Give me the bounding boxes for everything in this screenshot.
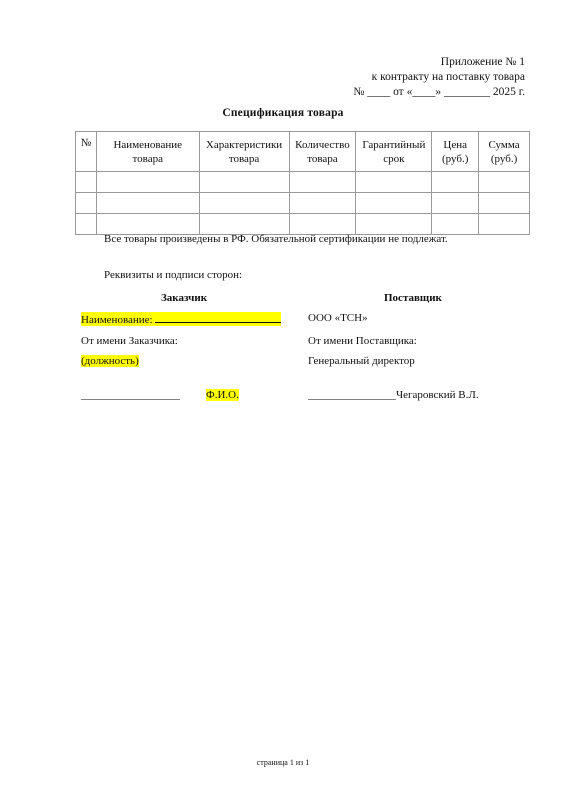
table-cell[interactable] [479, 172, 530, 193]
customer-signature-line: __________________ [81, 389, 180, 401]
customer-on-behalf: От имени Заказчика: [81, 335, 178, 347]
table-row [76, 172, 530, 193]
column-header: Цена(руб.) [432, 132, 479, 172]
column-header-line2: товара [290, 152, 356, 166]
table-cell[interactable] [96, 172, 199, 193]
column-header-line2: товара [97, 152, 199, 166]
table-cell[interactable] [96, 214, 199, 235]
table-row [76, 214, 530, 235]
customer-position-field[interactable]: (должность) [81, 355, 139, 367]
table-cell[interactable] [289, 214, 356, 235]
table-cell[interactable] [432, 214, 479, 235]
column-header-line2: (руб.) [479, 152, 529, 166]
customer-fio-field[interactable]: Ф.И.О. [206, 389, 239, 401]
customer-name-field[interactable]: Наименование: [81, 312, 281, 326]
column-header-line1: Цена [432, 138, 478, 152]
table-cell[interactable] [76, 172, 97, 193]
column-header-line2: срок [356, 152, 431, 166]
column-header: Гарантийныйсрок [356, 132, 432, 172]
customer-name-blank [155, 312, 281, 323]
certification-note: Все товары произведены в РФ. Обязательно… [104, 233, 448, 245]
table-cell[interactable] [199, 193, 289, 214]
column-header: Сумма(руб.) [479, 132, 530, 172]
column-header-line1: № [76, 136, 96, 150]
table-cell[interactable] [289, 172, 356, 193]
appendix-number: Приложение № 1 [441, 56, 525, 68]
page-footer: страница 1 из 1 [0, 758, 566, 767]
column-header-line1: Характеристики [200, 138, 289, 152]
column-header: № [76, 132, 97, 172]
supplier-name: ООО «ТСН» [308, 312, 368, 324]
table-cell[interactable] [356, 172, 432, 193]
table-cell[interactable] [199, 214, 289, 235]
table-cell[interactable] [479, 214, 530, 235]
column-header-line1: Сумма [479, 138, 529, 152]
table-cell[interactable] [432, 172, 479, 193]
table-cell[interactable] [76, 193, 97, 214]
column-header-line2: (руб.) [432, 152, 478, 166]
column-header: Количествотовара [289, 132, 356, 172]
supplier-signature: ________________Чегаровский В.Л. [308, 389, 479, 401]
table-cell[interactable] [479, 193, 530, 214]
contract-number-date: № ____ от «____» ________ 2025 г. [353, 86, 525, 98]
appendix-contract-ref: к контракту на поставку товара [372, 71, 525, 83]
column-header-line1: Количество [290, 138, 356, 152]
table-cell[interactable] [199, 172, 289, 193]
table-cell[interactable] [356, 193, 432, 214]
supplier-signatory: Чегаровский В.Л. [396, 389, 479, 401]
table-cell[interactable] [289, 193, 356, 214]
table-cell[interactable] [356, 214, 432, 235]
column-header-line1: Наименование [97, 138, 199, 152]
supplier-on-behalf: От имени Поставщика: [308, 335, 417, 347]
column-header-line1: Гарантийный [356, 138, 431, 152]
table-cell[interactable] [96, 193, 199, 214]
specification-table: №НаименованиетовараХарактеристикитовараК… [75, 131, 530, 235]
customer-heading: Заказчик [161, 292, 207, 304]
supplier-heading: Поставщик [384, 292, 442, 304]
customer-name-label: Наименование: [81, 314, 153, 326]
table-cell[interactable] [432, 193, 479, 214]
requisites-label: Реквизиты и подписи сторон: [104, 269, 242, 281]
table-row [76, 193, 530, 214]
table-cell[interactable] [76, 214, 97, 235]
column-header-line2: товара [200, 152, 289, 166]
column-header: Наименованиетовара [96, 132, 199, 172]
column-header: Характеристикитовара [199, 132, 289, 172]
table-header-row: №НаименованиетовараХарактеристикитовараК… [76, 132, 530, 172]
supplier-signature-line: ________________ [308, 389, 396, 401]
supplier-position: Генеральный директор [308, 355, 415, 367]
document-title: Спецификация товара [0, 107, 566, 119]
